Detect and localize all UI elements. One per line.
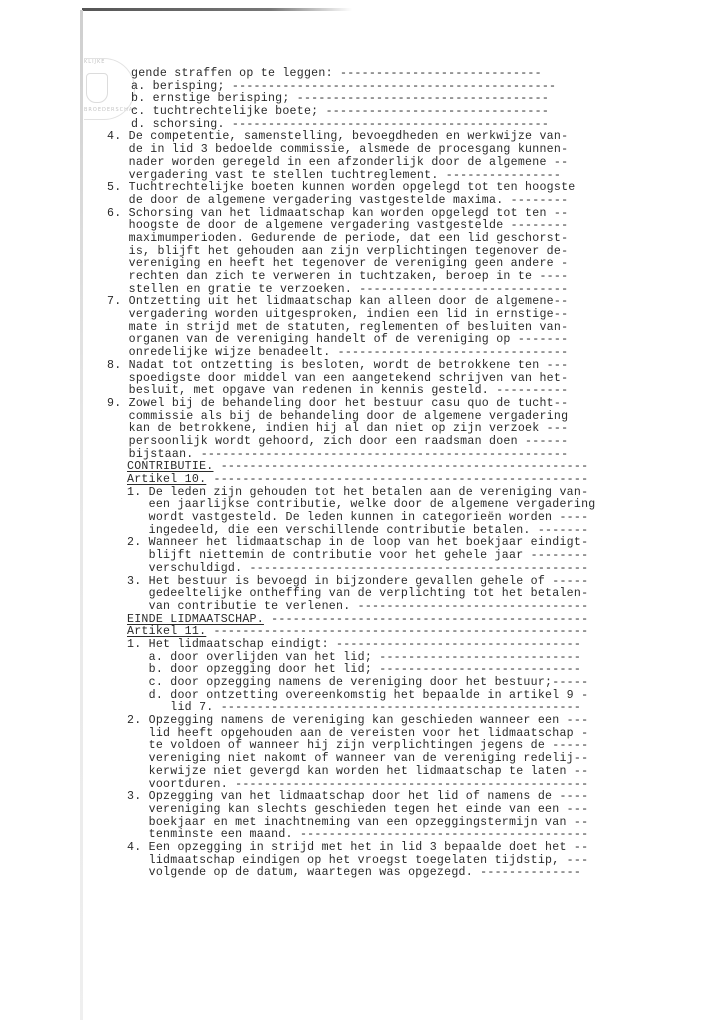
- text-line: volgende op de datum, waartegen was opge…: [127, 867, 724, 880]
- einde-lidmaatschap-body: 1. Het lidmaatschap eindigt: -----------…: [131, 639, 724, 880]
- text-line: vereniging kan slechts geschieden tegen …: [127, 804, 724, 817]
- text-line: vereniging niet nakomt of wanneer van de…: [127, 753, 724, 766]
- text-line: besluit, met opgave van redenen in kenni…: [107, 385, 724, 398]
- document-page: gende straffen op te leggen: -----------…: [131, 68, 724, 880]
- text-line: 8. Nadat tot ontzetting is besloten, wor…: [107, 360, 724, 373]
- text-line: gedeeltelijke ontheffing van de verplich…: [127, 588, 724, 601]
- text-line: 5. Tuchtrechtelijke boeten kunnen worden…: [107, 182, 724, 195]
- scan-left-edge: [80, 10, 83, 1020]
- seal-top-text: KLIJKE: [84, 59, 105, 65]
- text-line: rechten dan zich te verweren in tuchtzak…: [107, 271, 724, 284]
- text-line: gende straffen op te leggen: -----------…: [131, 68, 724, 81]
- article-dashes: ----------------------------------------…: [206, 474, 588, 487]
- article-10-heading: Artikel 10.: [127, 474, 206, 487]
- text-line: de door de algemene vergadering vastgest…: [107, 195, 724, 208]
- text-line: blijft niettemin de contributie voor het…: [127, 550, 724, 563]
- text-line: vergadering worden uitgesproken, indien …: [107, 309, 724, 322]
- official-seal-stamp: KLIJKE BROEDERSCHAP: [84, 58, 135, 120]
- text-line: kerwijze niet gevergd kan worden het lid…: [127, 766, 724, 779]
- text-line: 4. Een opzegging in strijd met het in li…: [127, 842, 724, 855]
- text-line: 1. Het lidmaatschap eindigt: -----------…: [127, 639, 724, 652]
- text-line: persoonlijk wordt gehoord, zich door een…: [107, 436, 724, 449]
- text-line: nader worden geregeld in een afzonderlij…: [107, 157, 724, 170]
- text-line: de in lid 3 bedoelde commissie, alsmede …: [107, 144, 724, 157]
- seal-bottom-text: BROEDERSCHAP: [84, 107, 137, 113]
- contributie-body: 1. De leden zijn gehouden tot het betale…: [131, 487, 724, 614]
- text-line: van contributie te verlenen. -----------…: [127, 601, 724, 614]
- text-line: c. door opzegging namens de vereniging d…: [127, 677, 724, 690]
- text-line: 3. Opzegging van het lidmaatschap door h…: [127, 791, 724, 804]
- text-line: 2. Opzegging namens de vereniging kan ge…: [127, 715, 724, 728]
- text-line: verschuldigd. --------------------------…: [127, 563, 724, 576]
- text-line: wordt vastgesteld. De leden kunnen in ca…: [127, 512, 724, 525]
- crest-icon: [86, 73, 108, 103]
- text-line: c. tuchtrechtelijke boete; -------------…: [131, 106, 724, 119]
- text-line: onredelijke wijze benadeelt. -----------…: [107, 347, 724, 360]
- text-line: maximumperioden. Gedurende de periode, d…: [107, 233, 724, 246]
- article-heading-row: Artikel 10. ----------------------------…: [127, 474, 724, 487]
- scan-top-edge: [82, 8, 352, 11]
- disciplinary-section: gende straffen op te leggen: -----------…: [131, 68, 724, 461]
- text-line: 9. Zowel bij de behandeling door het bes…: [107, 398, 724, 411]
